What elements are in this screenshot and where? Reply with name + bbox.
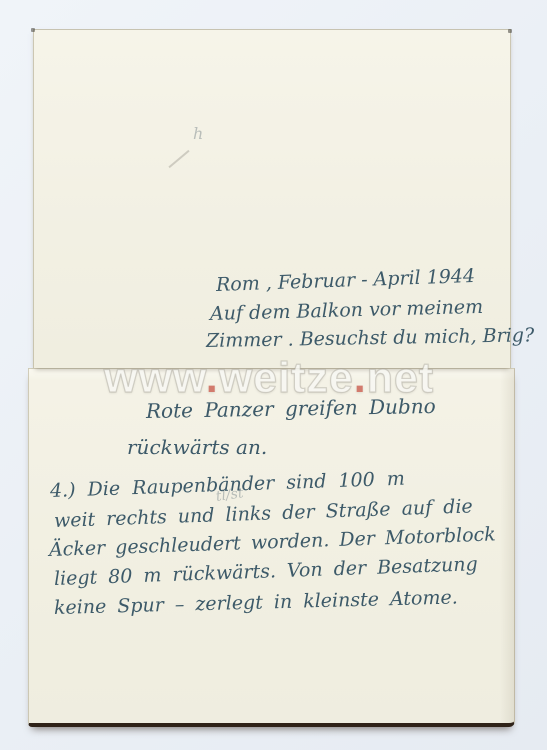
watermark: www.weitze.net [104,354,434,403]
auction-photo-scan: h Rom , Februar - April 1944 Auf dem Bal… [0,0,547,750]
pencil-mark: h [193,124,203,143]
corner-mark-top-left [31,28,35,32]
handwriting-caption-line-2: rückwärts an. [127,435,267,459]
watermark-dot-1: . [206,354,219,402]
watermark-net: net [367,354,435,402]
watermark-dot-2: . [354,354,367,402]
corner-mark-top-right [508,29,512,33]
watermark-weitze: weitze [219,354,354,402]
watermark-www: www [104,354,206,402]
